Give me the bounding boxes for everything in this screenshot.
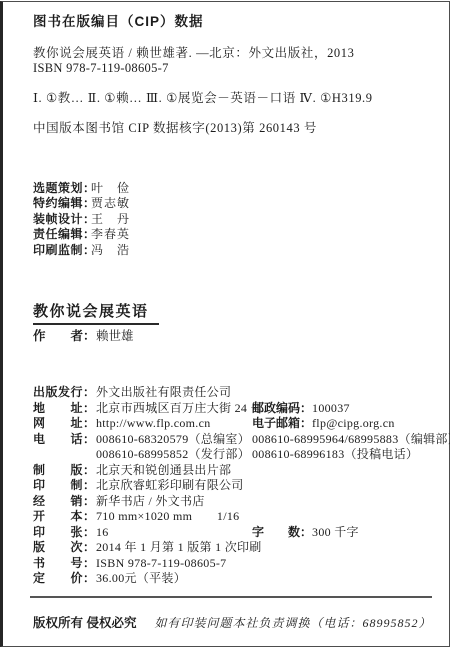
copyright-notice-bold: 版权所有 侵权必究 — [33, 616, 136, 630]
credit-value: 王 丹 — [91, 212, 130, 226]
pub-value: 新华书店 / 外文书店 — [96, 494, 205, 508]
cip-title-line: 教你说会展英语 / 赖世雄著. —北京：外文出版社，2013 — [33, 43, 354, 61]
pub-row-format: 开 本：710 mm×1020 mm 1/16 — [33, 509, 433, 525]
pub-label-right: 邮政编码： — [252, 401, 312, 415]
publishing-block: 出版发行：外文出版社有限责任公司 地 址：北京市西城区百万庄大街 24 号 邮政… — [33, 385, 433, 587]
footer-divider — [30, 596, 432, 598]
pub-value: 16 — [96, 525, 109, 539]
author-label: 作 者： — [33, 326, 96, 344]
pub-label-right: 电子邮箱： — [252, 416, 312, 430]
pub-label: 书 号： — [33, 556, 96, 572]
pub-label: 出版发行： — [33, 385, 96, 401]
credit-label: 特约编辑： — [33, 196, 91, 211]
credit-label: 印刷监制： — [33, 243, 91, 258]
pub-value: 710 mm×1020 mm 1/16 — [96, 509, 239, 523]
pub-value-right: 008610-68995964/68995883（编辑部） — [252, 432, 450, 446]
credit-value: 李春英 — [91, 227, 130, 241]
credit-label: 责任编辑： — [33, 227, 91, 242]
pub-row-platemaking: 制 版：北京天和锐创通县出片部 — [33, 463, 433, 479]
pub-label: 地 址： — [33, 401, 96, 417]
pub-value: ISBN 978-7-119-08605-7 — [96, 556, 226, 570]
credits-block: 选题策划：叶 俭 特约编辑：贾志敏 装帧设计：王 丹 责任编辑：李春英 印刷监制… — [33, 181, 130, 258]
cip-classification-line: Ⅰ. ①教… Ⅱ. ①赖… Ⅲ. ①展览会－英语－口语 Ⅳ. ①H319.9 — [33, 88, 373, 106]
pub-row-address: 地 址：北京市西城区百万庄大街 24 号 邮政编码：100037 — [33, 401, 433, 417]
pub-row-publisher: 出版发行：外文出版社有限责任公司 — [33, 385, 433, 401]
copyright-notice-detail: 如有印装问题本社负责调换（电话：68995852） — [154, 616, 431, 630]
credit-label: 选题策划： — [33, 181, 91, 196]
cip-record-line: 中国版本图书馆 CIP 数据核字(2013)第 260143 号 — [33, 118, 317, 136]
pub-row-printer: 印 制：北京欣睿虹彩印刷有限公司 — [33, 478, 433, 494]
copyright-notice: 版权所有 侵权必究如有印装问题本社负责调换（电话：68995852） — [33, 613, 432, 631]
credit-row-design: 装帧设计：王 丹 — [33, 212, 130, 227]
pub-value: http://www.flp.com.cn — [96, 416, 211, 430]
credit-label: 装帧设计： — [33, 212, 91, 227]
pub-value: 008610-68995852（发行部） — [96, 447, 250, 461]
pub-label: 制 版： — [33, 463, 96, 479]
pub-value-right: flp@cipg.org.cn — [312, 416, 395, 430]
pub-row-distributor: 经 销：新华书店 / 外文书店 — [33, 494, 433, 510]
copyright-page: 图书在版编目（CIP）数据 教你说会展英语 / 赖世雄著. —北京：外文出版社，… — [0, 0, 450, 653]
credit-value: 贾志敏 — [91, 196, 130, 210]
cip-header: 图书在版编目（CIP）数据 — [33, 10, 204, 30]
credit-value: 冯 浩 — [91, 243, 130, 257]
book-title: 教你说会展英语 — [33, 300, 159, 325]
pub-value-right: 008610-68996183（投稿电话） — [252, 447, 418, 461]
pub-value-right: 300 千字 — [312, 525, 359, 539]
pub-row-phone-1: 电 话：008610-68320579（总编室） 008610-68995964… — [33, 432, 433, 448]
pub-label: 印 制： — [33, 478, 96, 494]
pub-label: 电 话： — [33, 432, 96, 448]
cip-isbn-line: ISBN 978-7-119-08605-7 — [33, 61, 169, 76]
author-line: 作 者：赖世雄 — [33, 326, 134, 344]
pub-value: 36.00元（平装） — [96, 571, 186, 585]
pub-label: 印 张： — [33, 525, 96, 541]
credit-row-print-supervisor: 印刷监制：冯 浩 — [33, 243, 130, 258]
pub-value: 北京欣睿虹彩印刷有限公司 — [96, 478, 244, 492]
pub-row-isbn: 书 号：ISBN 978-7-119-08605-7 — [33, 556, 433, 572]
credit-row-planning: 选题策划：叶 俭 — [33, 181, 130, 196]
pub-label: 定 价： — [33, 571, 96, 587]
pub-value-right: 100037 — [312, 401, 350, 415]
pub-value: 北京天和锐创通县出片部 — [96, 463, 231, 477]
credit-row-contract-editor: 特约编辑：贾志敏 — [33, 196, 130, 211]
pub-label-right: 字 数： — [252, 525, 312, 539]
pub-row-phone-2: 008610-68995852（发行部） 008610-68996183（投稿电… — [33, 447, 433, 463]
author-name: 赖世雄 — [96, 329, 134, 343]
pub-row-edition: 版 次：2014 年 1 月第 1 版第 1 次印刷 — [33, 540, 433, 556]
credit-row-editor: 责任编辑：李春英 — [33, 227, 130, 242]
pub-row-price: 定 价：36.00元（平装） — [33, 571, 433, 587]
pub-row-sheets: 印 张：16 字 数：300 千字 — [33, 525, 433, 541]
credit-value: 叶 俭 — [91, 181, 130, 195]
pub-value: 北京市西城区百万庄大街 24 号 — [96, 401, 263, 415]
pub-row-website: 网 址：http://www.flp.com.cn 电子邮箱：flp@cipg.… — [33, 416, 433, 432]
pub-value: 外文出版社有限责任公司 — [96, 385, 231, 399]
pub-label: 开 本： — [33, 509, 96, 525]
pub-label: 版 次： — [33, 540, 96, 556]
pub-label: 经 销： — [33, 494, 96, 510]
pub-value: 2014 年 1 月第 1 版第 1 次印刷 — [96, 540, 262, 554]
pub-label: 网 址： — [33, 416, 96, 432]
pub-value: 008610-68320579（总编室） — [96, 432, 250, 446]
